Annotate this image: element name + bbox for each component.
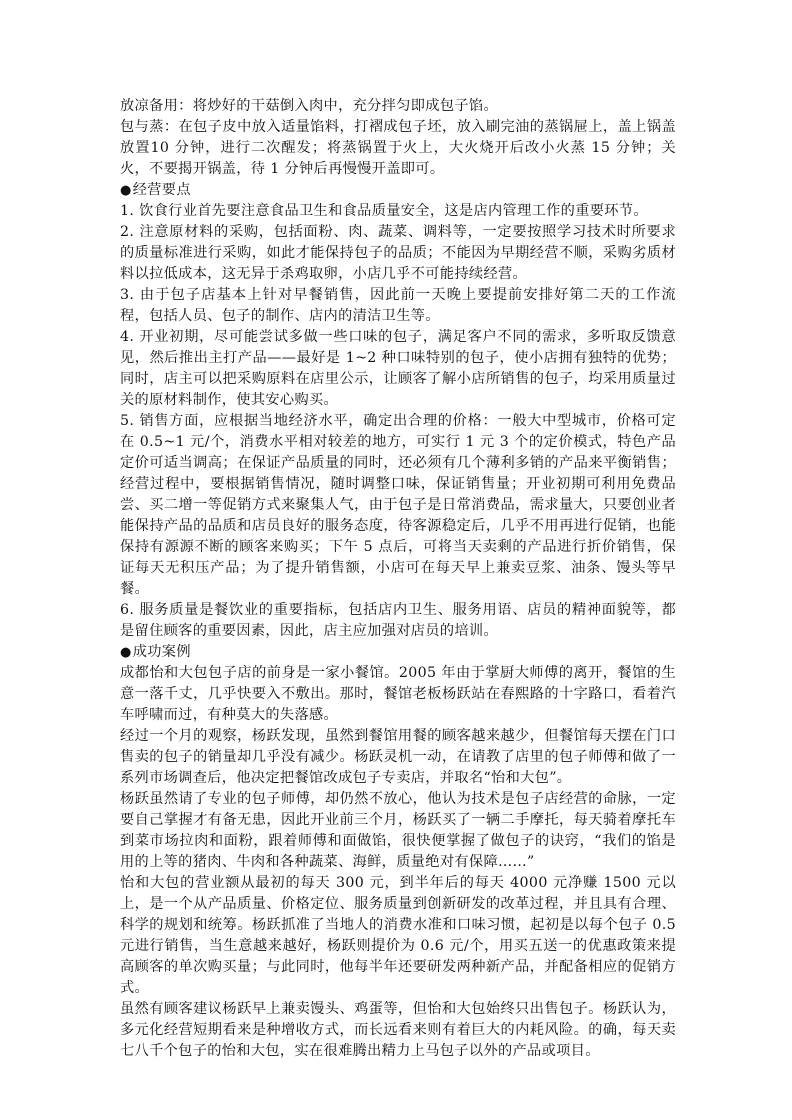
case-paragraph-5: 虽然有顾客建议杨跃早上兼卖馒头、鸡蛋等，但怡和大包始终只出售包子。杨跃认为，多元… — [120, 999, 676, 1062]
list-item-2: 2. 注意原材料的采购，包括面粉、肉、蔬菜、调料等，一定要按照学习技术时所要求的… — [120, 222, 676, 285]
list-item-4: 4. 开业初期，尽可能尝试多做一些口味的包子，满足客户不同的需求，多听取反馈意见… — [120, 327, 676, 411]
case-paragraph-2: 经过一个月的观察，杨跃发现，虽然到餐馆用餐的顾客越来越少，但餐馆每天摆在门口售卖… — [120, 726, 676, 789]
heading-text: 成功案例 — [133, 644, 191, 660]
case-paragraph-3: 杨跃虽然请了专业的包子师傅，却仍然不放心，他认为技术是包子店经营的命脉，一定要自… — [120, 789, 676, 873]
case-paragraph-4: 怡和大包的营业额从最初的每天 300 元，到半年后的每天 4000 元净赚 15… — [120, 873, 676, 999]
section-heading-success-case: ●成功案例 — [120, 642, 676, 663]
list-item-3: 3. 由于包子店基本上针对早餐销售，因此前一天晚上要提前安排好第二天的工作流程，… — [120, 285, 676, 327]
paragraph-filling-cooling: 放凉备用：将炒好的干菇倒入肉中，充分拌匀即成包子馅。 — [120, 96, 676, 117]
section-heading-business-points: ●经营要点 — [120, 180, 676, 201]
list-item-6: 6. 服务质量是餐饮业的重要指标，包括店内卫生、服务用语、店员的精神面貌等，都是… — [120, 600, 676, 642]
list-item-5: 5. 销售方面，应根据当地经济水平，确定出合理的价格：一般大中型城市，价格可定在… — [120, 411, 676, 600]
list-item-1: 1. 饮食行业首先要注意食品卫生和食品质量安全，这是店内管理工作的重要环节。 — [120, 201, 676, 222]
paragraph-wrapping-steaming: 包与蒸：在包子皮中放入适量馅料，打褶成包子坯，放入刷完油的蒸锅屉上，盖上锅盖放置… — [120, 117, 676, 180]
case-paragraph-1: 成都怡和大包包子店的前身是一家小餐馆。2005 年由于掌厨大师傅的离开，餐馆的生… — [120, 663, 676, 726]
heading-text: 经营要点 — [133, 182, 191, 198]
bullet-icon: ● — [120, 180, 132, 201]
document-page: 放凉备用：将炒好的干菇倒入肉中，充分拌匀即成包子馅。 包与蒸：在包子皮中放入适量… — [120, 96, 676, 1062]
bullet-icon: ● — [120, 642, 132, 663]
